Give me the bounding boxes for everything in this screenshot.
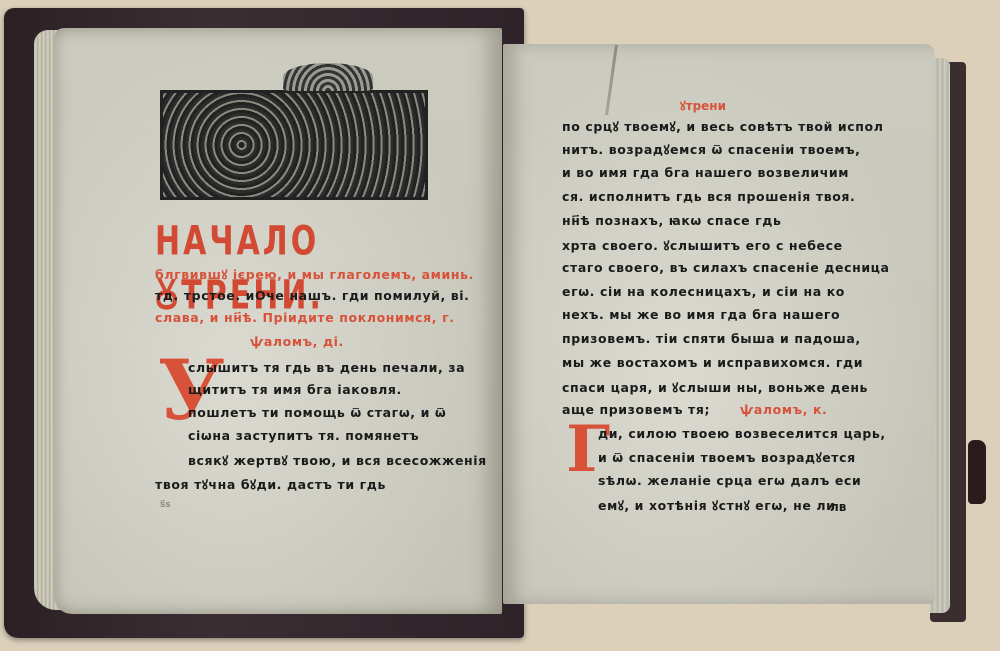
psalm-heading: ѱаломъ, к.	[740, 402, 827, 417]
text-line: по срцꙋ твоемꙋ, и весь совѣтъ твой испол	[562, 118, 883, 135]
running-head: ꙋтрени	[680, 97, 726, 114]
text-line: егѡ. сіи на колесницахъ, и сіи на ко	[562, 284, 845, 299]
text-line: сіѡна заступитъ тя. помянетъ	[188, 428, 419, 443]
text-line: твоя тꙋчна бꙋди. дастъ ти гдь	[155, 476, 386, 493]
book-clasp	[968, 440, 986, 504]
text-line: блгвившꙋ ієрею, и мы глаголемъ, аминь.	[155, 266, 474, 283]
text-line: и ѿ спасеніи твоемъ возрадꙋется	[598, 449, 856, 466]
text-line: пошлетъ ти помощь ѿ стагѡ, и ѿ	[188, 405, 446, 420]
text-line: мы же востахомъ и исправихомся. гди	[562, 355, 863, 370]
text-line: слышитъ тя гдь въ день печали, за	[188, 360, 465, 375]
text-line: ди, силою твоею возвеселится царь,	[598, 426, 886, 441]
text-line: хрта своего. ꙋслышитъ его с небесе	[562, 237, 843, 254]
book-photo: НАЧАЛО ꙊТРЕНИ. блгвившꙋ ієрею, и мы глаг…	[0, 0, 1000, 651]
text-line: нн҃ѣ познахъ, ꙗкѡ спасе гдь	[562, 213, 781, 228]
catchword: лв	[830, 500, 846, 514]
text-line: призовемъ. тіи спяти быша и падоша,	[562, 331, 861, 346]
text-line: тд. трстое. иОче нашъ. гди помилуй, ві.	[155, 288, 470, 303]
text-line: всякꙋ жертвꙋ твою, и вся всесожженія	[188, 452, 487, 469]
text-line: щититъ тя имя бга іаковля.	[188, 382, 402, 397]
text-line: стаго своего, въ силахъ спасеніе десница	[562, 260, 890, 275]
text-line: нехъ. мы же во имя гда бга нашего	[562, 307, 840, 322]
text-line: спаси царя, и ꙋслыши ны, воньже день	[562, 379, 868, 396]
text-line: ѕѣлѡ. желаніе срца егѡ далъ еси	[598, 473, 861, 488]
text-line: ся. исполнитъ гдь вся прошенія твоя.	[562, 189, 855, 204]
text-line: емꙋ, и хотѣнія ꙋстнꙋ егѡ, не ли	[598, 497, 835, 514]
text-line: и во имя гда бга нашего возвеличим	[562, 165, 849, 180]
footer-mark: ѕ҃ѕ	[160, 500, 171, 510]
text-line: слава, и нн҃ѣ. Пріидите поклонимся, г.	[155, 310, 455, 325]
ornamental-headpiece-icon	[160, 90, 428, 200]
text-line: нитъ. возрадꙋемся ѿ спасеніи твоемъ,	[562, 141, 861, 158]
psalm-heading: ѱаломъ, ді.	[250, 334, 344, 349]
